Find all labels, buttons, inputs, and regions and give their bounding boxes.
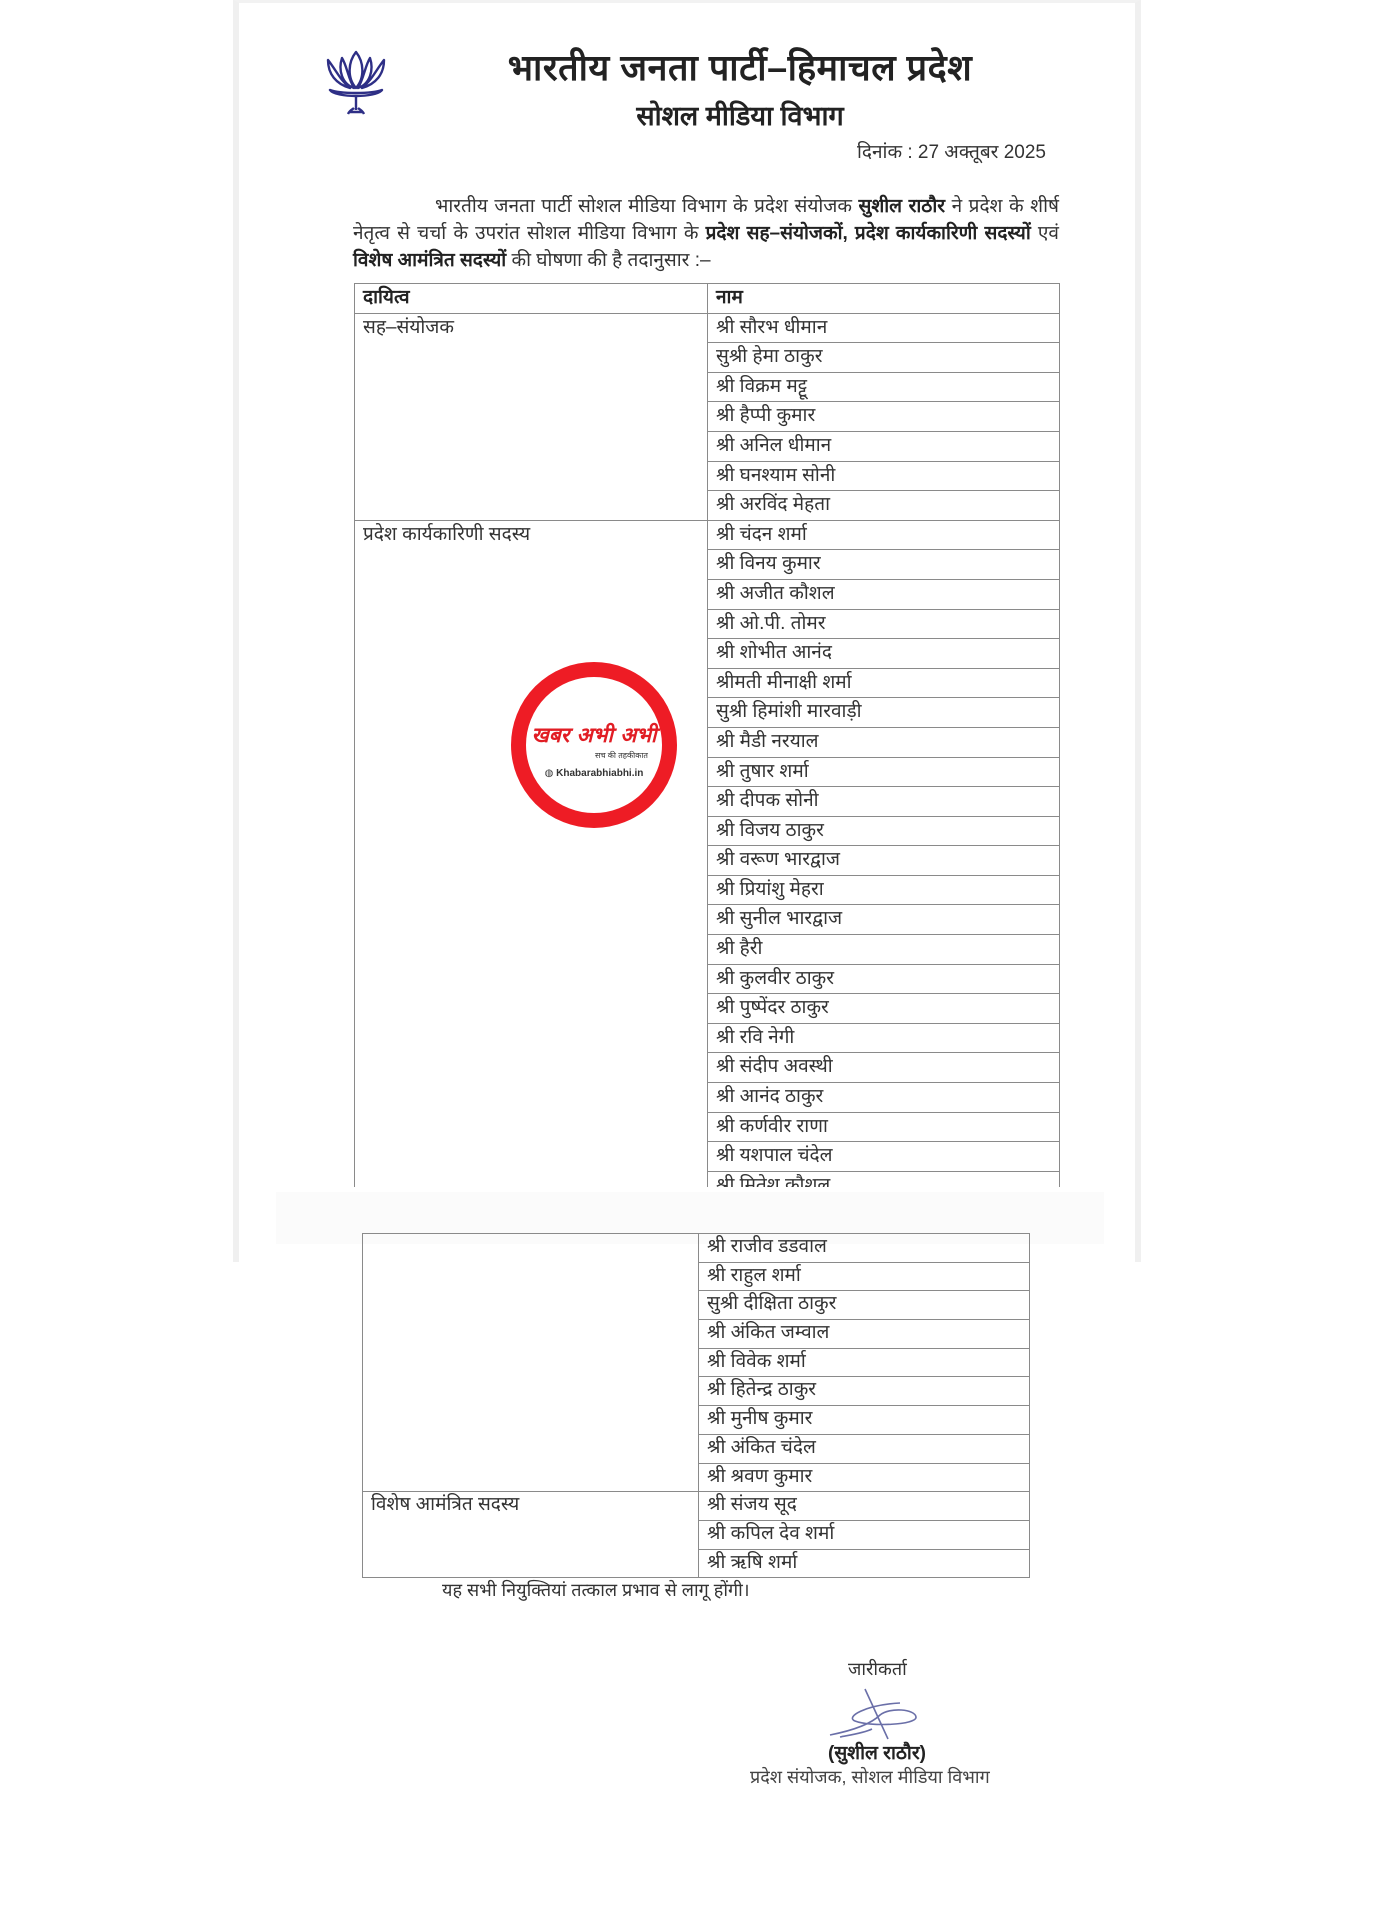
name-cell: श्री विवेक शर्मा [699,1348,1030,1377]
name-cell: श्री चंदन शर्मा [708,520,1060,550]
name-cell: श्री कपिल देव शर्मा [699,1520,1030,1549]
role-cell: प्रदेश कार्यकारिणी सदस्य [355,520,708,1187]
appointments-table: दायित्व नाम सह–संयोजकश्री सौरभ धीमानसुश्… [354,283,1060,1187]
name-cell: श्री दीपक सोनी [708,787,1060,817]
name-cell: श्री संजय सूद [699,1492,1030,1521]
table-clip: दायित्व नाम सह–संयोजकश्री सौरभ धीमानसुश्… [0,0,1376,1187]
watermark-badge: खबर अभी अभी सच की तहकीकात ◍ Khabarabhiab… [511,662,677,828]
name-cell: श्रीमती मीनाक्षी शर्मा [708,668,1060,698]
name-cell: श्री शोभीत आनंद [708,639,1060,669]
name-cell: श्री विजय ठाकुर [708,816,1060,846]
role-cell: विशेष आमंत्रित सदस्य [363,1492,699,1578]
issuer-label: जारीकर्ता [848,1657,907,1681]
name-cell: श्री यशपाल चंदेल [708,1142,1060,1172]
name-cell: श्री मितेश कौशल [708,1171,1060,1187]
name-cell: श्री सौरभ धीमान [708,313,1060,343]
name-cell: श्री अजीत कौशल [708,579,1060,609]
name-cell: श्री विनय कुमार [708,550,1060,580]
name-cell: श्री तुषार शर्मा [708,757,1060,787]
name-cell: श्री कर्णवीर राणा [708,1112,1060,1142]
name-cell: श्री आनंद ठाकुर [708,1083,1060,1113]
name-cell: श्री कुलवीर ठाकुर [708,964,1060,994]
name-cell: श्री रवि नेगी [708,1023,1060,1053]
name-cell: श्री हितेन्द्र ठाकुर [699,1377,1030,1406]
name-cell: श्री घनश्याम सोनी [708,461,1060,491]
watermark-site-text: Khabarabhiabhi.in [556,768,643,779]
table-header-row: दायित्व नाम [355,284,1060,314]
name-cell: श्री हैप्पी कुमार [708,402,1060,432]
name-cell: श्री राजीव डडवाल [699,1234,1030,1263]
table-row: विशेष आमंत्रित सदस्यश्री संजय सूद [363,1492,1030,1521]
name-cell: श्री अंकित जम्वाल [699,1320,1030,1349]
signer-name: (सुशील राठौर) [828,1739,926,1765]
name-cell: श्री सुनील भारद्वाज [708,905,1060,935]
role-cell [363,1234,699,1492]
watermark-title: खबर अभी अभी [526,721,662,749]
column-header-name: नाम [708,284,1060,314]
signature-icon [820,1685,930,1745]
table-row: सह–संयोजकश्री सौरभ धीमान [355,313,1060,343]
table-row: प्रदेश कार्यकारिणी सदस्यश्री चंदन शर्मा [355,520,1060,550]
name-cell: श्री विक्रम मट्टू [708,372,1060,402]
name-cell: श्री ऋषि शर्मा [699,1549,1030,1578]
name-cell: श्री अंकित चंदेल [699,1434,1030,1463]
role-cell: सह–संयोजक [355,313,708,520]
name-cell: श्री अरविंद मेहता [708,491,1060,521]
name-cell: सुश्री दीक्षिता ठाकुर [699,1291,1030,1320]
name-cell: श्री श्रवण कुमार [699,1463,1030,1492]
name-cell: श्री अनिल धीमान [708,431,1060,461]
watermark-site: ◍ Khabarabhiabhi.in [526,768,662,779]
name-cell: श्री ओ.पी. तोमर [708,609,1060,639]
name-cell: सुश्री हिमांशी मारवाड़ी [708,698,1060,728]
name-cell: सुश्री हेमा ठाकुर [708,343,1060,373]
name-cell: श्री प्रियांशु मेहरा [708,875,1060,905]
signer-role: प्रदेश संयोजक, सोशल मीडिया विभाग [750,1765,990,1789]
effective-note: यह सभी नियुक्तियां तत्काल प्रभाव से लागू… [442,1578,750,1602]
name-cell: श्री हैरी [708,935,1060,965]
column-header-role: दायित्व [355,284,708,314]
name-cell: श्री मैडी नरयाल [708,727,1060,757]
name-cell: श्री मुनीष कुमार [699,1406,1030,1435]
name-cell: श्री वरूण भारद्वाज [708,846,1060,876]
watermark-tagline: सच की तहकीकात [595,750,648,761]
globe-icon: ◍ [545,768,557,779]
name-cell: श्री राहुल शर्मा [699,1262,1030,1291]
name-cell: श्री पुष्पेंदर ठाकुर [708,994,1060,1024]
appointments-table-continued: श्री राजीव डडवालश्री राहुल शर्मासुश्री द… [362,1233,1030,1578]
table-row: श्री राजीव डडवाल [363,1234,1030,1263]
name-cell: श्री संदीप अवस्थी [708,1053,1060,1083]
